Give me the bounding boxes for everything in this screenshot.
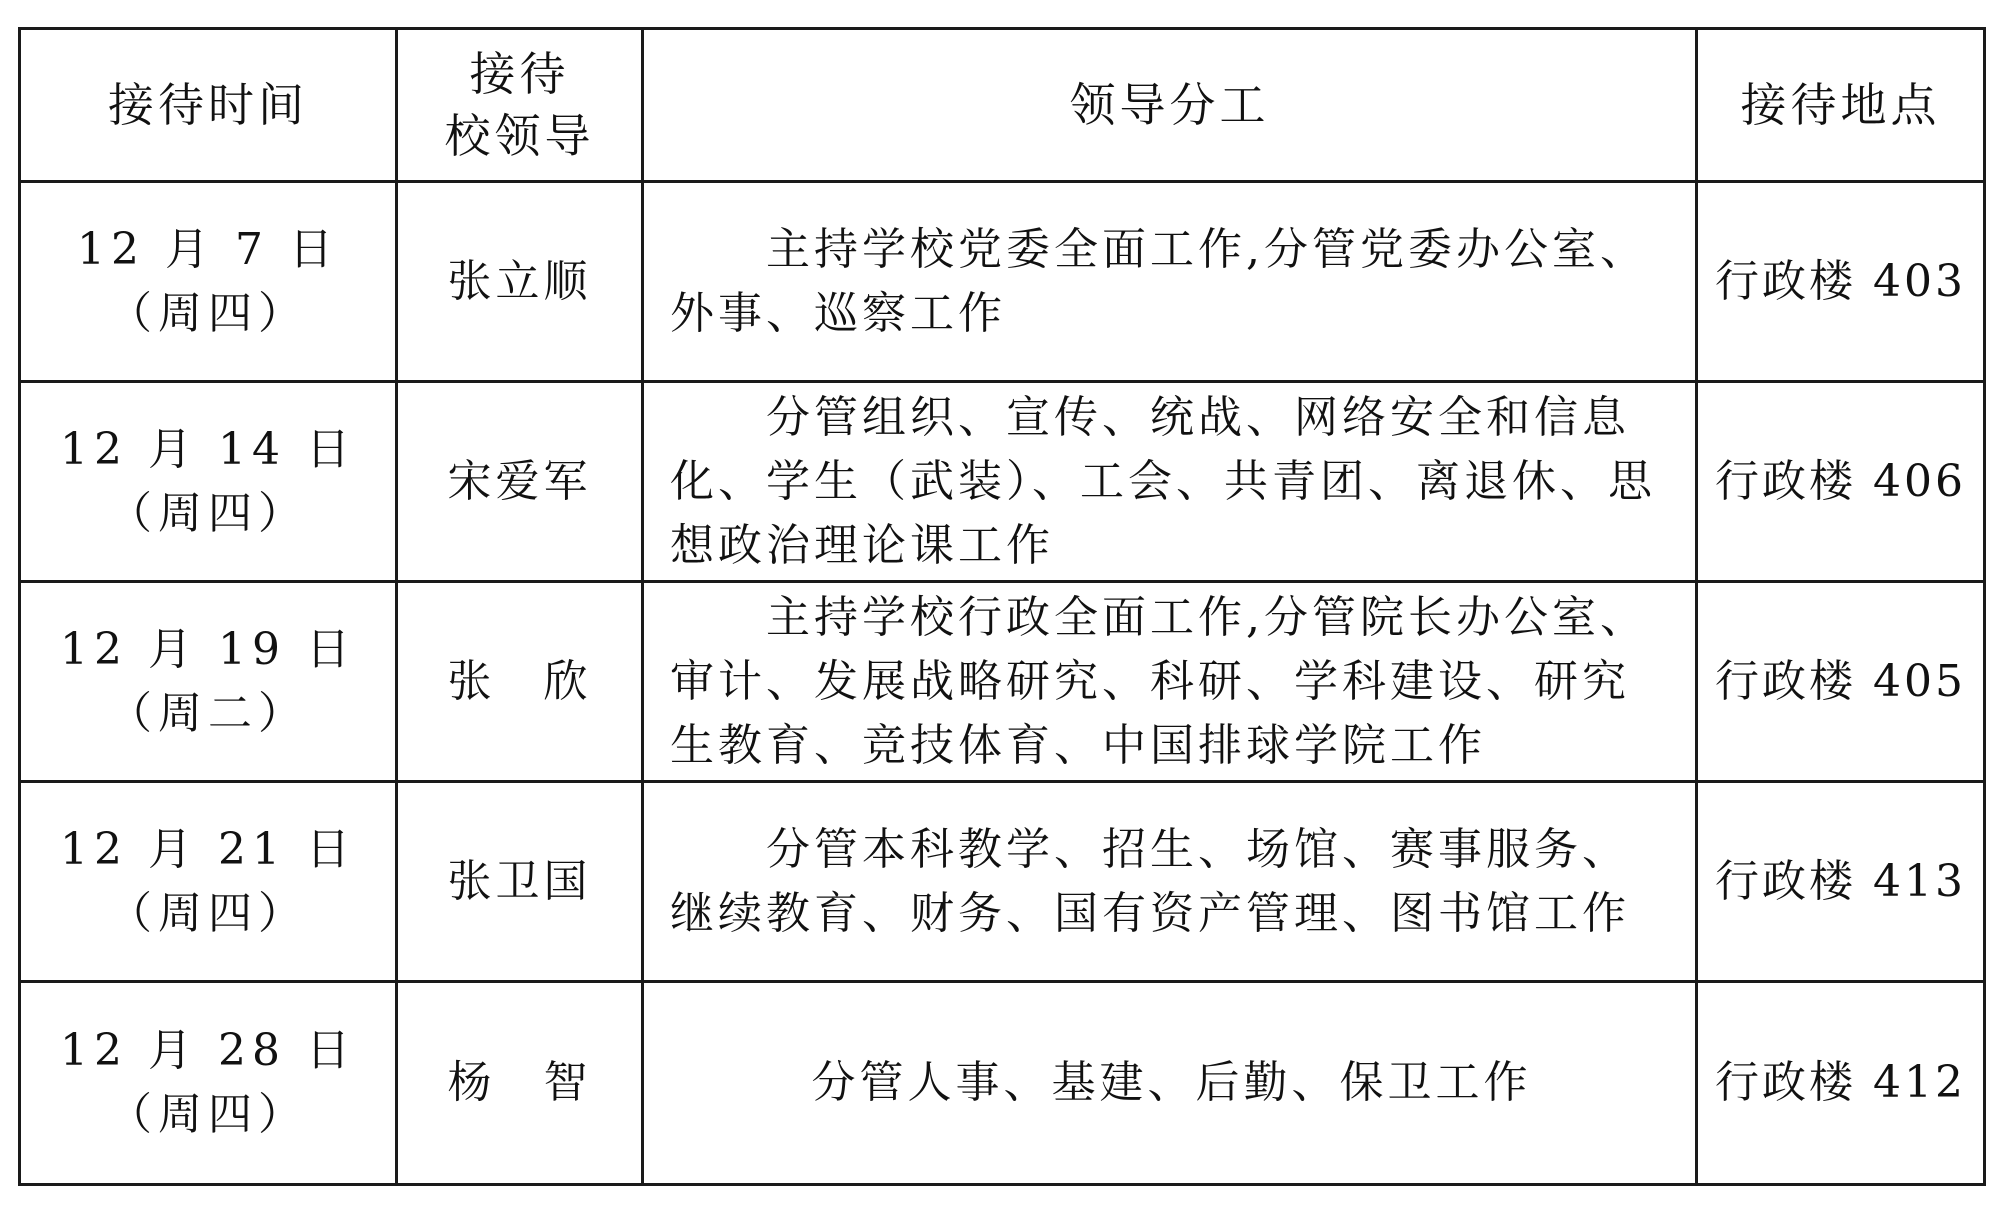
duty-cell: 主持学校党委全面工作,分管党委办公室、外事、巡察工作	[643, 182, 1697, 382]
place-cell: 行政楼 412	[1697, 982, 1985, 1185]
duty-cell: 分管本科教学、招生、场馆、赛事服务、继续教育、财务、国有资产管理、图书馆工作	[643, 782, 1697, 982]
leader-cell: 张立顺	[397, 182, 643, 382]
header-time: 接待时间	[20, 29, 397, 182]
place-cell: 行政楼 405	[1697, 582, 1985, 782]
header-leader-line1: 接待	[398, 43, 641, 105]
header-duty: 领导分工	[643, 29, 1697, 182]
date-text: 12 月 19 日	[21, 618, 395, 682]
date-text: 12 月 28 日	[21, 1019, 395, 1083]
date-cell: 12 月 19 日 （周二）	[20, 582, 397, 782]
weekday-text: （周四）	[21, 1083, 395, 1147]
place-cell: 行政楼 406	[1697, 382, 1985, 582]
place-cell: 行政楼 413	[1697, 782, 1985, 982]
weekday-text: （周四）	[21, 282, 395, 346]
table-row: 12 月 28 日 （周四） 杨 智 分管人事、基建、后勤、保卫工作 行政楼 4…	[20, 982, 1985, 1185]
leader-cell: 宋爱军	[397, 382, 643, 582]
header-leader-line2: 校领导	[398, 105, 641, 167]
weekday-text: （周四）	[21, 482, 395, 546]
leader-cell: 张卫国	[397, 782, 643, 982]
place-cell: 行政楼 403	[1697, 182, 1985, 382]
table-row: 12 月 14 日 （周四） 宋爱军 分管组织、宣传、统战、网络安全和信息化、学…	[20, 382, 1985, 582]
header-row: 接待时间 接待 校领导 领导分工 接待地点	[20, 29, 1985, 182]
table-row: 12 月 21 日 （周四） 张卫国 分管本科教学、招生、场馆、赛事服务、继续教…	[20, 782, 1985, 982]
table-row: 12 月 19 日 （周二） 张 欣 主持学校行政全面工作,分管院长办公室、审计…	[20, 582, 1985, 782]
date-text: 12 月 14 日	[21, 418, 395, 482]
header-leader: 接待 校领导	[397, 29, 643, 182]
date-text: 12 月 21 日	[21, 818, 395, 882]
duty-cell: 分管组织、宣传、统战、网络安全和信息化、学生（武装）、工会、共青团、离退休、思想…	[643, 382, 1697, 582]
date-cell: 12 月 14 日 （周四）	[20, 382, 397, 582]
weekday-text: （周二）	[21, 682, 395, 746]
header-place: 接待地点	[1697, 29, 1985, 182]
weekday-text: （周四）	[21, 882, 395, 946]
duty-cell: 分管人事、基建、后勤、保卫工作	[643, 982, 1697, 1185]
date-cell: 12 月 21 日 （周四）	[20, 782, 397, 982]
reception-schedule-table: 接待时间 接待 校领导 领导分工 接待地点 12 月 7 日 （周四） 张立顺 …	[18, 27, 1986, 1186]
leader-cell: 张 欣	[397, 582, 643, 782]
date-cell: 12 月 7 日 （周四）	[20, 182, 397, 382]
duty-cell: 主持学校行政全面工作,分管院长办公室、审计、发展战略研究、科研、学科建设、研究生…	[643, 582, 1697, 782]
date-text: 12 月 7 日	[21, 218, 395, 282]
leader-cell: 杨 智	[397, 982, 643, 1185]
table-row: 12 月 7 日 （周四） 张立顺 主持学校党委全面工作,分管党委办公室、外事、…	[20, 182, 1985, 382]
date-cell: 12 月 28 日 （周四）	[20, 982, 397, 1185]
